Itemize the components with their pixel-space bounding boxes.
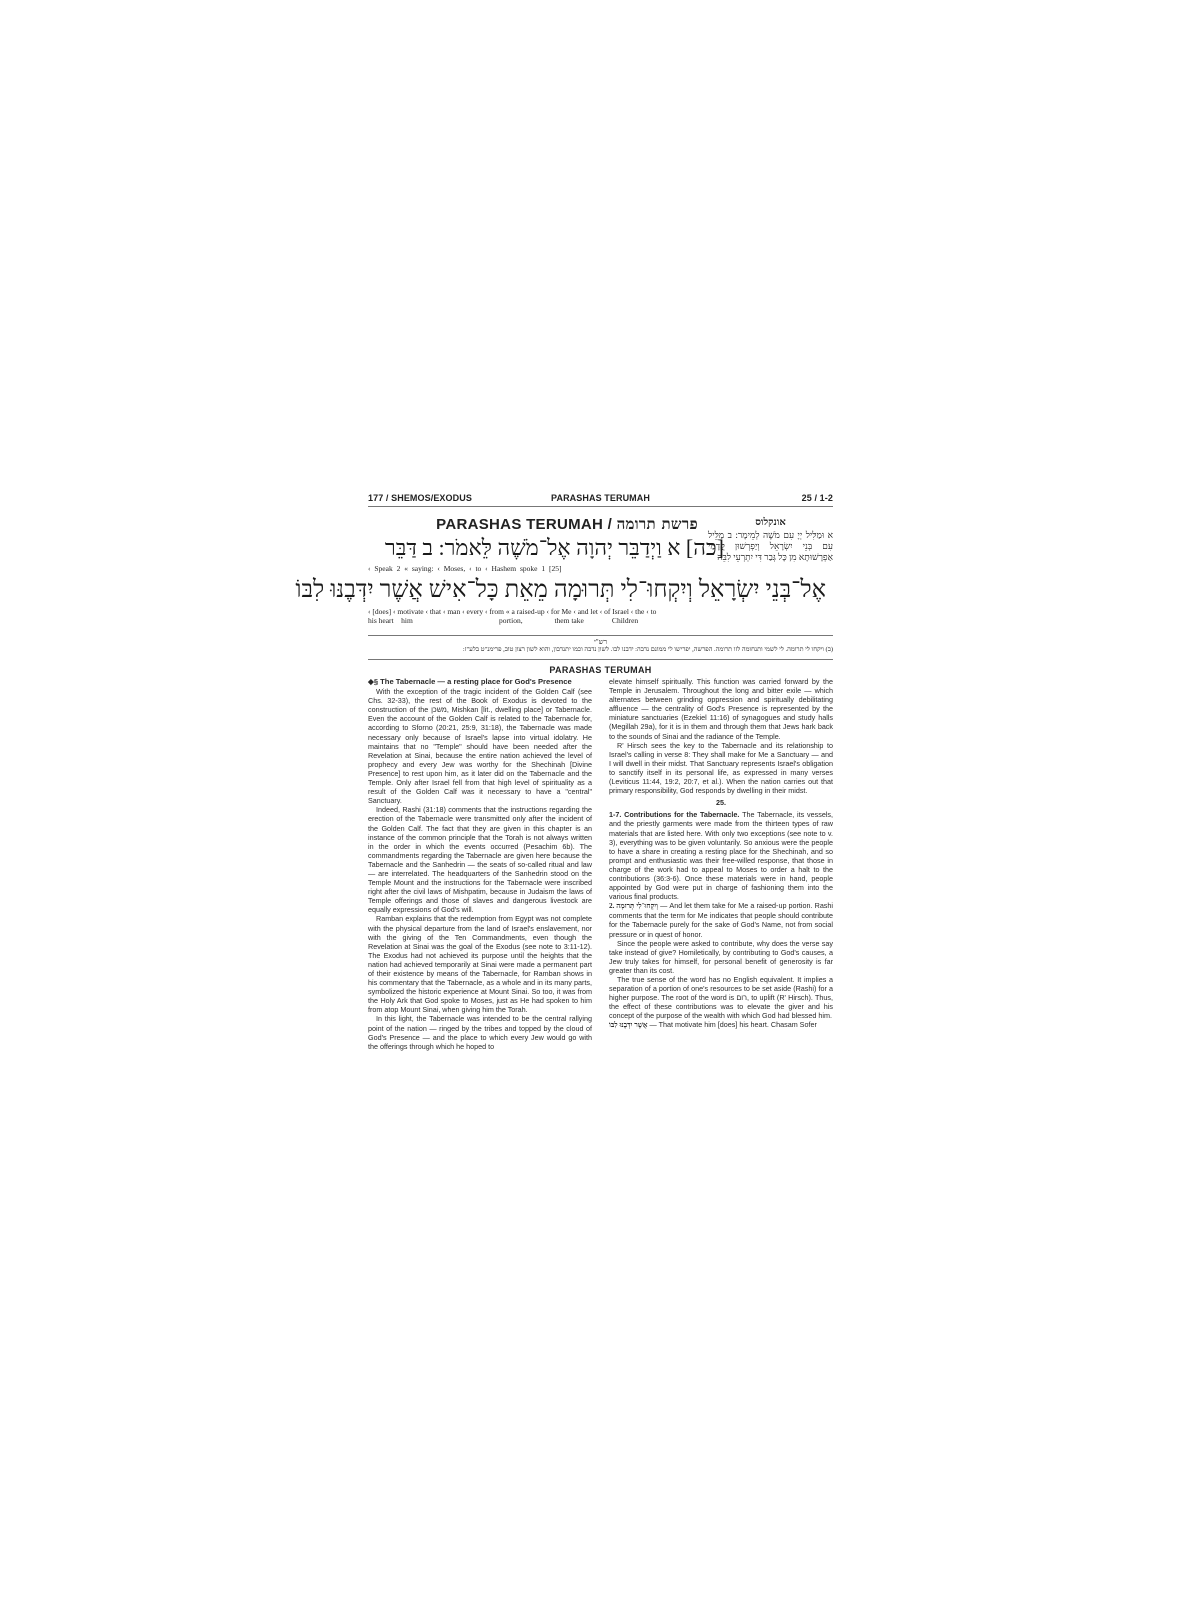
rashi-title: רש"י xyxy=(368,638,833,646)
running-head: 177 / SHEMOS/EXODUS PARASHAS TERUMAH 25 … xyxy=(368,493,833,507)
page-number-book: 177 / SHEMOS/EXODUS xyxy=(368,493,508,503)
commentary-paragraph: Since the people were asked to contribut… xyxy=(609,939,833,975)
chapter-verse: 25 / 1-2 xyxy=(693,493,833,503)
commentary-note: אֲשֶׁר יִדְּבֶנּוּ לִבּוֹ — That motivat… xyxy=(609,1020,833,1030)
note-lemma: 1-7. Contributions for the Tabernacle. xyxy=(609,810,739,819)
verse-section: PARASHAS TERUMAH / פרשת תרומה [כה] א וַי… xyxy=(368,513,833,621)
gloss-line-2b: his heart him portion, them take Childre… xyxy=(368,616,656,625)
parasha-title: PARASHAS TERUMAH / פרשת תרומה xyxy=(368,515,708,534)
section-heading: ◆§ The Tabernacle — a resting place for … xyxy=(368,677,592,686)
interlinear-gloss-line-1: ‹ Speak 2 « saying: ‹ Moses, ‹ to ‹ Hash… xyxy=(368,564,561,573)
verse-area: PARASHAS TERUMAH / פרשת תרומה [כה] א וַי… xyxy=(368,513,708,621)
commentary-paragraph: The true sense of the word has no Englis… xyxy=(609,975,833,1020)
note-lemma: 2. וְיִקְחוּ־לִי תְּרוּמָה xyxy=(609,902,658,910)
commentary-title: PARASHAS TERUMAH xyxy=(368,665,833,675)
commentary-paragraph: Ramban explains that the redemption from… xyxy=(368,914,592,1014)
commentary-paragraph: With the exception of the tragic inciden… xyxy=(368,687,592,805)
note-lemma: אֲשֶׁר יִדְּבֶנּוּ לִבּוֹ xyxy=(609,1021,647,1029)
hebrew-verse-line-1: [כה] א וַיְדַבֵּר יְהוָה אֶל־מֹשֶׁה לֵּא… xyxy=(385,535,724,561)
commentary-paragraph: R' Hirsch sees the key to the Tabernacle… xyxy=(609,741,833,796)
commentary-left-column: ◆§ The Tabernacle — a resting place for … xyxy=(368,677,592,1051)
commentary-paragraph: Indeed, Rashi (31:18) comments that the … xyxy=(368,805,592,914)
onkelos-text: א וּמַלִּיל יְיָ עִם מֹשֶׁה לְמֵימָר: ב … xyxy=(708,530,833,563)
commentary-columns: ◆§ The Tabernacle — a resting place for … xyxy=(368,677,833,1051)
rashi-section: רש"י (ב) ויקחו לי תרומה. לי לשמי ותנחומה… xyxy=(368,635,833,660)
parasha-name: PARASHAS TERUMAH xyxy=(508,493,693,503)
onkelos-title: אונקלוס xyxy=(708,517,833,528)
title-hebrew: פרשת תרומה xyxy=(617,515,698,533)
book-page: 177 / SHEMOS/EXODUS PARASHAS TERUMAH 25 … xyxy=(368,493,833,1051)
commentary-note: 1-7. Contributions for the Tabernacle. T… xyxy=(609,810,833,901)
interlinear-gloss-line-2: ‹ [does] ‹ motivate ‹ that ‹ man ‹ every… xyxy=(368,607,656,625)
title-english: PARASHAS TERUMAH / xyxy=(436,516,612,533)
commentary-paragraph: In this light, the Tabernacle was intend… xyxy=(368,1014,592,1050)
note-text: — That motivate him [does] his heart. Ch… xyxy=(647,1020,816,1029)
rashi-text: (ב) ויקחו לי תרומה. לי לשמי ותנחומה לזו … xyxy=(368,646,833,653)
chapter-number: 25. xyxy=(609,798,833,807)
gloss-line-2a: ‹ [does] ‹ motivate ‹ that ‹ man ‹ every… xyxy=(368,607,656,616)
note-text: The Tabernacle, its vessels, and the pri… xyxy=(609,810,833,901)
commentary-paragraph: elevate himself spiritually. This functi… xyxy=(609,677,833,741)
onkelos-panel: אונקלוס א וּמַלִּיל יְיָ עִם מֹשֶׁה לְמֵ… xyxy=(708,513,833,621)
commentary-right-column: elevate himself spiritually. This functi… xyxy=(609,677,833,1051)
commentary-note: 2. וְיִקְחוּ־לִי תְּרוּמָה — And let the… xyxy=(609,901,833,938)
